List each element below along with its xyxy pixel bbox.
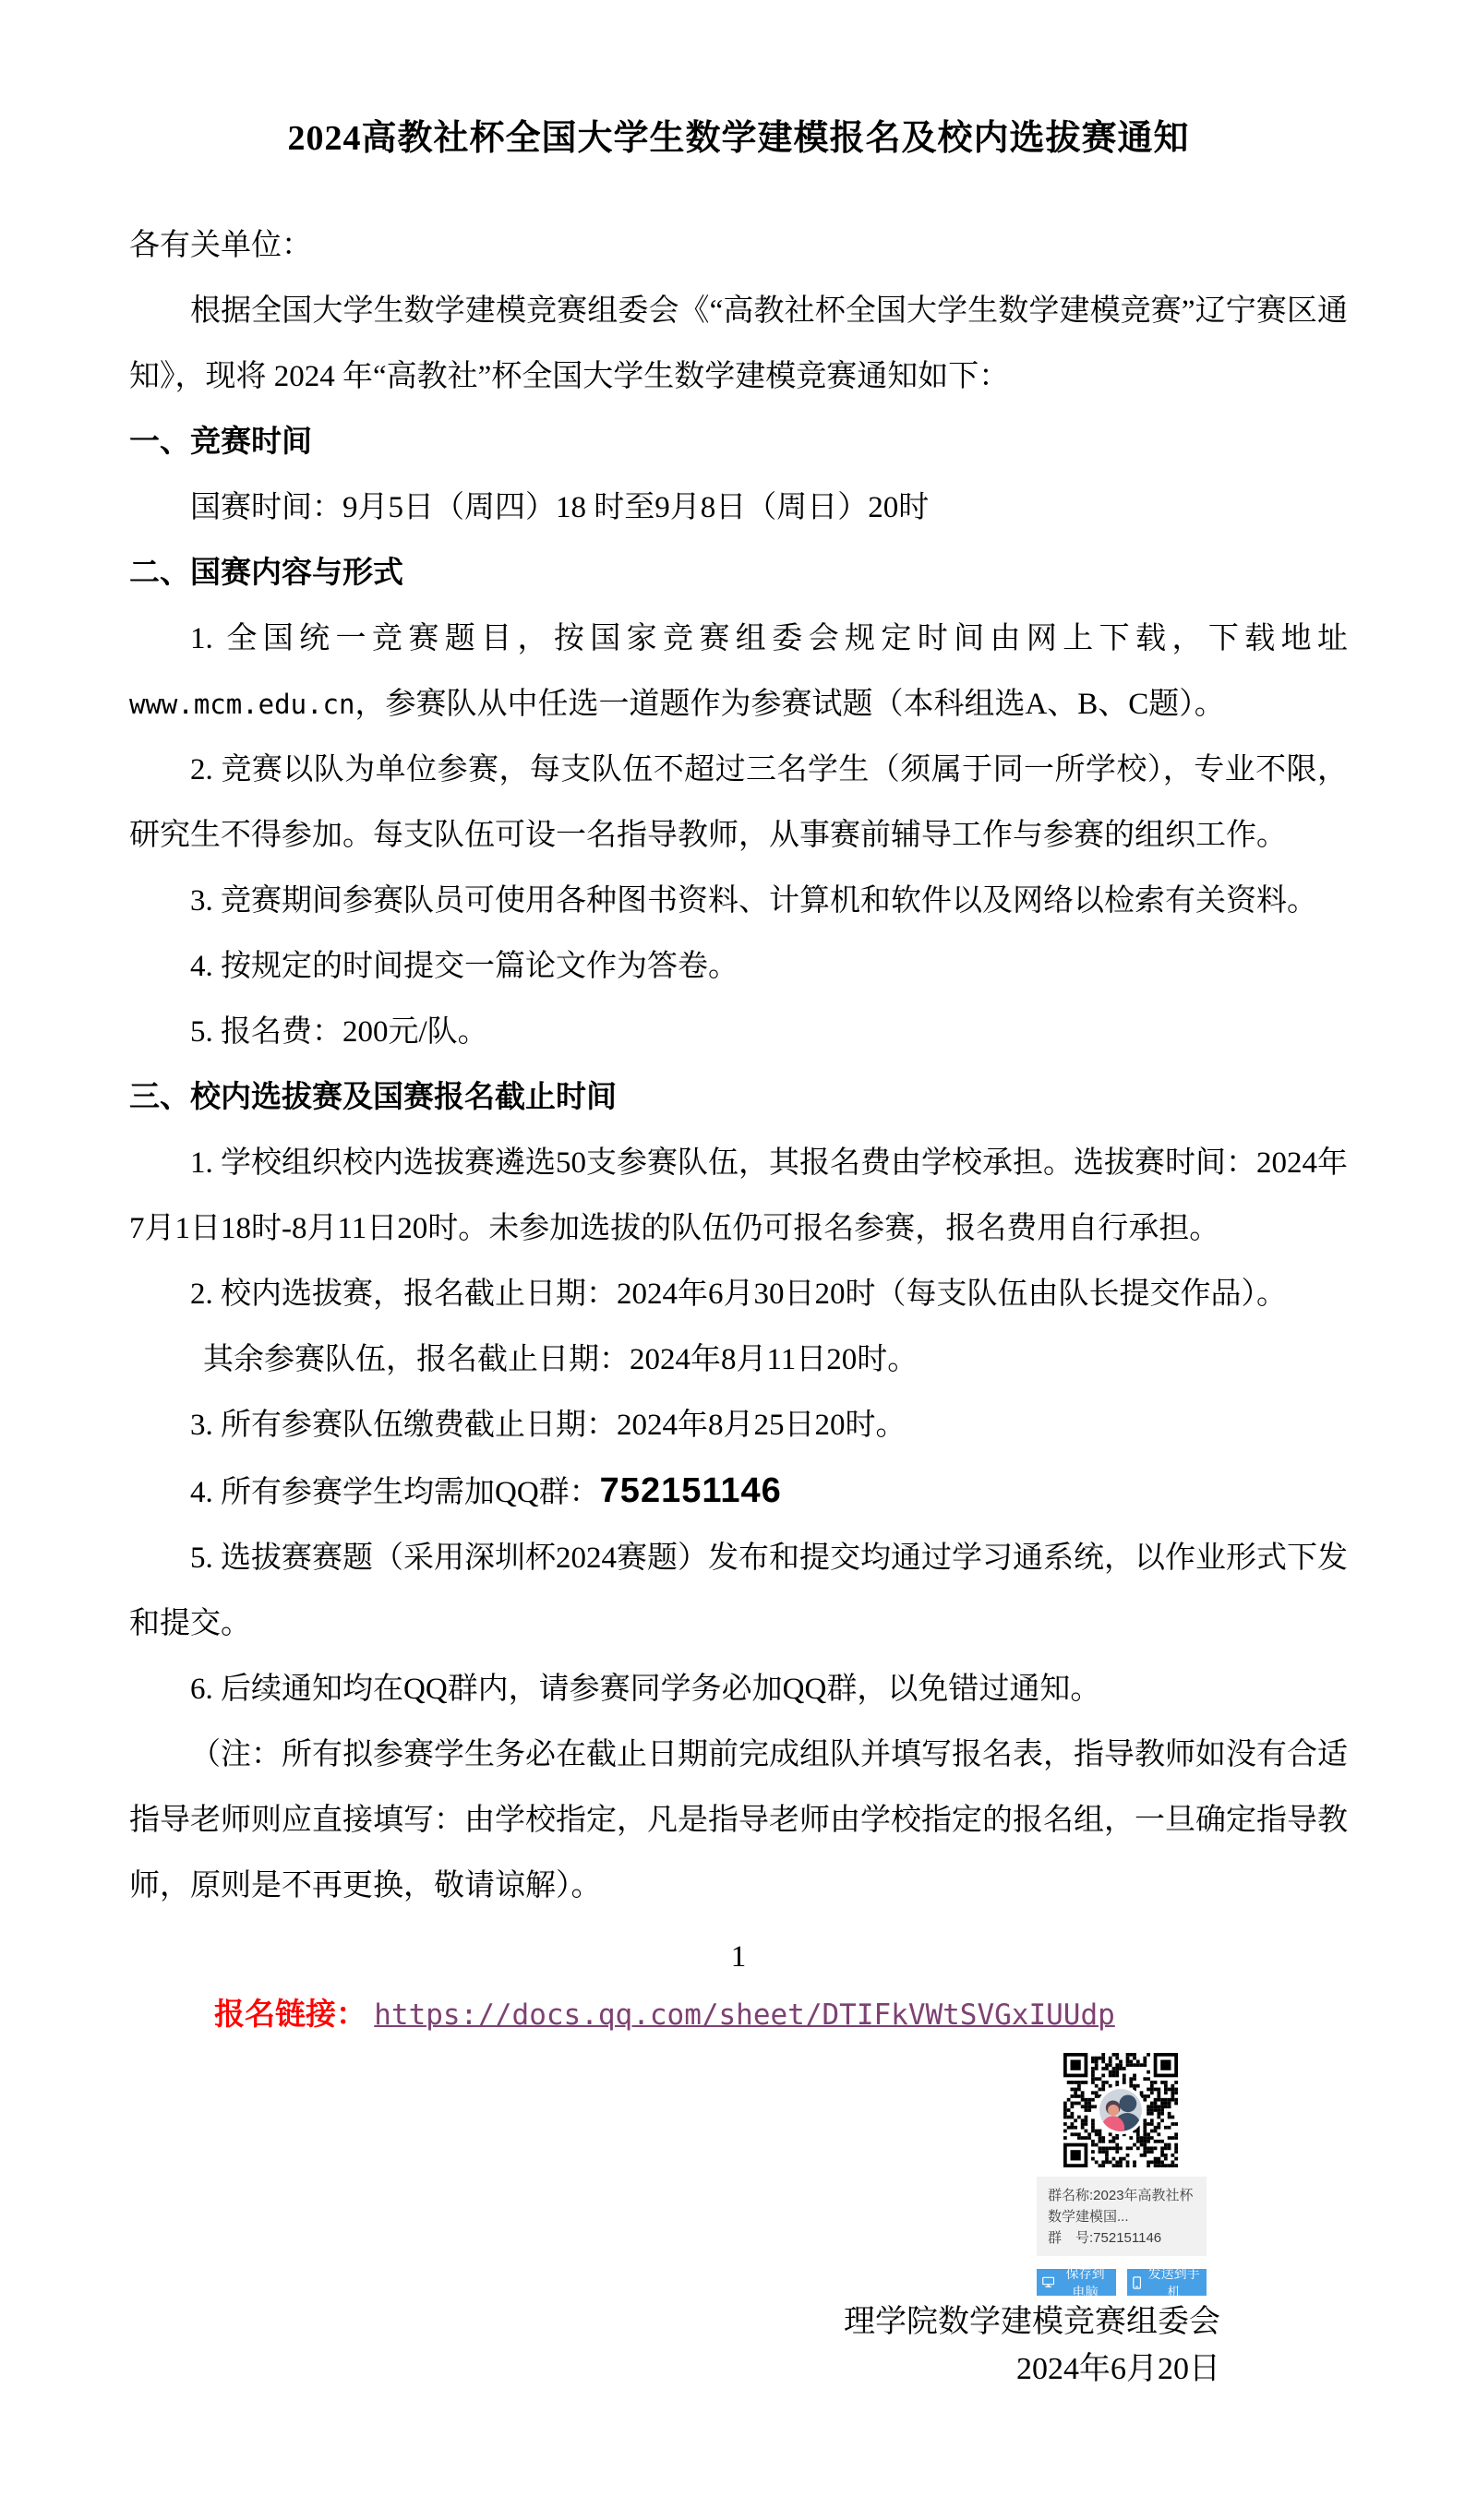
qq-group-name-line: 群名称:2023年高教社杯数学建模国...	[1048, 2185, 1197, 2227]
list-item: 3. 竞赛期间参赛队员可使用各种图书资料、计算机和软件以及网络以检索有关资料。	[129, 869, 1348, 934]
list-item: 5. 选拔赛赛题（采用深圳杯2024赛题）发布和提交均通过学习通系统，以作业形式…	[129, 1526, 1348, 1657]
list-item: 4. 所有参赛学生均需加QQ群：752151146	[129, 1458, 1348, 1526]
salutation: 各有关单位：	[129, 213, 1348, 279]
list-item: 6. 后续通知均在QQ群内，请参赛同学务必加QQ群，以免错过通知。	[129, 1657, 1348, 1722]
list-item: 2. 竞赛以队为单位参赛，每支队伍不超过三名学生（须属于同一所学校），专业不限，…	[129, 738, 1348, 869]
list-item: 2. 校内选拔赛，报名截止日期：2024年6月30日20时（每支队伍由队长提交作…	[129, 1262, 1348, 1393]
signature-date: 2024年6月20日	[844, 2346, 1220, 2393]
qq-group-number: 752151146	[600, 1471, 782, 1510]
document-title: 2024高教社杯全国大学生数学建模报名及校内选拔赛通知	[129, 109, 1348, 160]
document-page: 2024高教社杯全国大学生数学建模报名及校内选拔赛通知 各有关单位： 根据全国大…	[0, 0, 1465, 2520]
section-heading-2: 二、国赛内容与形式	[129, 541, 1348, 606]
item-text: 1. 全国统一竞赛题目，按国家竞赛组委会规定时间由网上下载，下载地址	[190, 622, 1348, 655]
signature-org: 理学院数学建模竞赛组委会	[844, 2298, 1220, 2346]
registration-link-line: 报名链接： https://docs.qq.com/sheet/DTIFkVWt…	[129, 1993, 1348, 2037]
document-body: 2024高教社杯全国大学生数学建模报名及校内选拔赛通知 各有关单位： 根据全国大…	[0, 0, 1465, 2037]
list-item: 3. 所有参赛队伍缴费截止日期：2024年8月25日20时。	[129, 1393, 1348, 1458]
list-item: 1. 学校组织校内选拔赛遴选50支参赛队伍，其报名费由学校承担。选拔赛时间：20…	[129, 1131, 1348, 1262]
section-heading-1: 一、竞赛时间	[129, 410, 1348, 475]
registration-link[interactable]: https://docs.qq.com/sheet/DTIFkVWtSVGxIU…	[374, 1998, 1115, 2032]
qq-group-info: 群名称:2023年高教社杯数学建模国... 群 号:752151146	[1037, 2177, 1207, 2256]
list-item: 4. 按规定的时间提交一篇论文作为答卷。	[129, 934, 1348, 1000]
item-text: ，参赛队从中任选一道题作为参赛试题（本科组选A、B、C题）。	[354, 688, 1224, 721]
list-item: 5. 报名费：200元/队。	[129, 1000, 1348, 1065]
page-number: 1	[129, 1943, 1348, 1971]
qq-qr-panel: 群名称:2023年高教社杯数学建模国... 群 号:752151146 保存到电…	[1037, 2053, 1207, 2296]
qq-group-number-line: 群 号:752151146	[1048, 2227, 1197, 2249]
registration-link-label: 报名链接：	[214, 1998, 366, 2032]
qr-buttons-row: 保存到电脑 发送到手机	[1037, 2269, 1207, 2296]
phone-icon	[1133, 2275, 1141, 2290]
section1-body: 国赛时间：9月5日（周四）18 时至9月8日（周日）20时	[129, 475, 1348, 541]
qr-code	[1063, 2053, 1178, 2167]
item-text: 其余参赛队伍，报名截止日期：2024年8月11日20时。	[129, 1343, 918, 1376]
item-text: 2. 校内选拔赛，报名截止日期：2024年6月30日20时（每支队伍由队长提交作…	[190, 1278, 1287, 1311]
item-text: 4. 所有参赛学生均需加QQ群：	[190, 1476, 600, 1509]
signature-block: 理学院数学建模竞赛组委会 2024年6月20日	[844, 2298, 1220, 2393]
save-button-label: 保存到电脑	[1060, 2264, 1111, 2301]
list-item: 1. 全国统一竞赛题目，按国家竞赛组委会规定时间由网上下载，下载地址www.mc…	[129, 606, 1348, 738]
download-url: www.mcm.edu.cn	[129, 689, 354, 720]
send-to-phone-button[interactable]: 发送到手机	[1127, 2269, 1207, 2296]
monitor-icon	[1042, 2275, 1054, 2289]
intro-paragraph: 根据全国大学生数学建模竞赛组委会《“高教社杯全国大学生数学建模竞赛”辽宁赛区通知…	[129, 279, 1348, 410]
send-button-label: 发送到手机	[1147, 2264, 1201, 2301]
note-paragraph: （注：所有拟参赛学生务必在截止日期前完成组队并填写报名表，指导教师如没有合适指导…	[129, 1722, 1348, 1919]
save-to-computer-button[interactable]: 保存到电脑	[1037, 2269, 1116, 2296]
section-heading-3: 三、校内选拔赛及国赛报名截止时间	[129, 1065, 1348, 1131]
